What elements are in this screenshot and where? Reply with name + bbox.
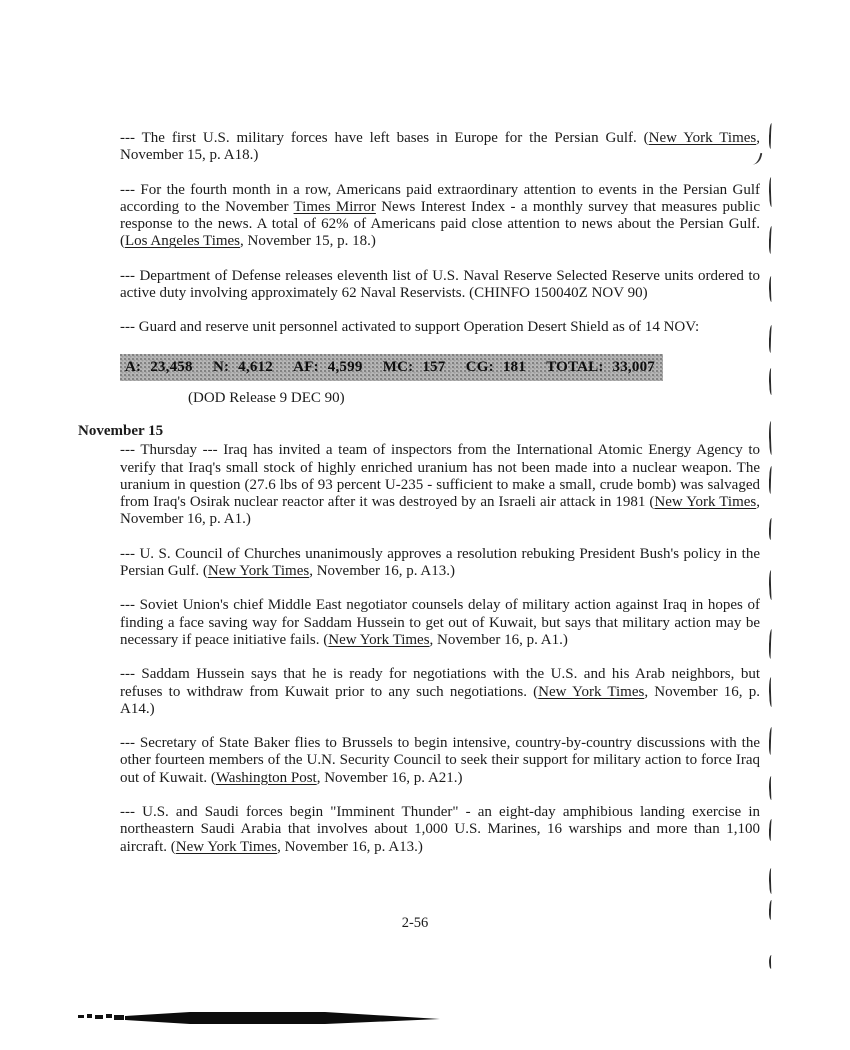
scan-artifact-tick xyxy=(768,629,774,659)
source-citation: New York Times xyxy=(649,130,757,146)
stat-item-marine-corps: MC: 157 xyxy=(383,359,446,376)
scanned-document-page: --- The first U.S. military forces have … xyxy=(0,0,850,1050)
text-run: , November 15, p. 18.) xyxy=(240,233,376,249)
scan-artifact-tick xyxy=(769,226,775,254)
stat-label: AF: xyxy=(293,359,319,376)
stat-label: MC: xyxy=(383,359,414,376)
scan-artifact-tick xyxy=(769,727,775,755)
stat-label: TOTAL: xyxy=(546,359,603,376)
scan-artifact-tick xyxy=(768,570,774,600)
scan-artifact-tick xyxy=(769,325,775,353)
scan-artifact-tick xyxy=(768,677,774,707)
scan-artifact-tick xyxy=(769,819,775,841)
scan-artifact-curl xyxy=(751,151,763,166)
stat-value: 181 xyxy=(503,359,526,376)
chronology-entry: --- Secretary of State Baker flies to Br… xyxy=(120,735,760,787)
chronology-entry: --- U.S. and Saudi forces begin "Imminen… xyxy=(120,804,760,856)
scan-artifact-tick xyxy=(769,776,775,800)
stat-value: 4,599 xyxy=(328,359,363,376)
stat-label: A: xyxy=(125,359,141,376)
chronology-entry: --- Department of Defense releases eleve… xyxy=(120,268,760,303)
stat-value: 23,458 xyxy=(150,359,192,376)
source-citation: Los Angeles Times xyxy=(125,233,240,249)
scan-artifact-bottom-smear xyxy=(70,1009,450,1031)
text-run: , November 16, p. A13.) xyxy=(309,563,455,579)
scan-artifact-tick xyxy=(769,368,775,395)
source-citation: New York Times xyxy=(328,632,429,648)
stat-item-air-force: AF: 4,599 xyxy=(293,359,362,376)
chronology-entry: --- Thursday --- Iraq has invited a team… xyxy=(120,442,760,528)
scan-artifact-tick xyxy=(769,955,774,969)
stat-item-total: TOTAL: 33,007 xyxy=(546,359,655,376)
scan-artifact-tick xyxy=(768,421,774,455)
scan-artifact-tick xyxy=(769,276,775,302)
source-citation: New York Times xyxy=(208,563,309,579)
chronology-entry: --- Soviet Union's chief Middle East neg… xyxy=(120,597,760,649)
chronology-entry: --- The first U.S. military forces have … xyxy=(120,130,760,165)
text-run: --- The first U.S. military forces have … xyxy=(120,130,649,146)
scan-artifact-tick xyxy=(768,177,774,207)
chronology-entry: --- Saddam Hussein says that he is ready… xyxy=(120,666,760,718)
document-body: --- The first U.S. military forces have … xyxy=(120,130,760,873)
stat-value: 4,612 xyxy=(238,359,273,376)
chronology-entry: --- U. S. Council of Churches unanimousl… xyxy=(120,546,760,581)
stat-item-army: A: 23,458 xyxy=(125,359,193,376)
stat-label: N: xyxy=(213,359,229,376)
text-run: , November 16, p. A1.) xyxy=(430,632,568,648)
scan-artifact-tick xyxy=(769,518,775,540)
stat-item-coast-guard: CG: 181 xyxy=(466,359,526,376)
activation-stats-bar: A: 23,458 N: 4,612 AF: 4,599 MC: 157 CG:… xyxy=(120,354,663,381)
text-run: , November 16, p. A21.) xyxy=(317,770,463,786)
source-citation: New York Times xyxy=(538,684,644,700)
source-citation: New York Times xyxy=(654,494,756,510)
chronology-entry: --- For the fourth month in a row, Ameri… xyxy=(120,182,760,251)
scan-artifact-tick xyxy=(769,466,775,494)
source-citation: Washington Post xyxy=(216,770,317,786)
scan-artifact-tick xyxy=(769,123,775,149)
text-run: --- Department of Defense releases eleve… xyxy=(120,268,760,301)
source-citation: New York Times xyxy=(176,839,277,855)
stat-label: CG: xyxy=(466,359,494,376)
stat-item-navy: N: 4,612 xyxy=(213,359,273,376)
text-run: , November 16, p. A13.) xyxy=(277,839,423,855)
source-citation: Times Mirror xyxy=(294,199,376,215)
section-heading-november-15: November 15 xyxy=(78,423,760,440)
text-run: --- Guard and reserve unit personnel act… xyxy=(120,319,699,335)
stats-source-note: (DOD Release 9 DEC 90) xyxy=(188,390,760,407)
page-number: 2-56 xyxy=(0,915,830,932)
stat-value: 157 xyxy=(422,359,445,376)
chronology-entry: --- Guard and reserve unit personnel act… xyxy=(120,319,760,336)
scan-artifact-tick xyxy=(769,868,775,894)
stat-value: 33,007 xyxy=(613,359,655,376)
